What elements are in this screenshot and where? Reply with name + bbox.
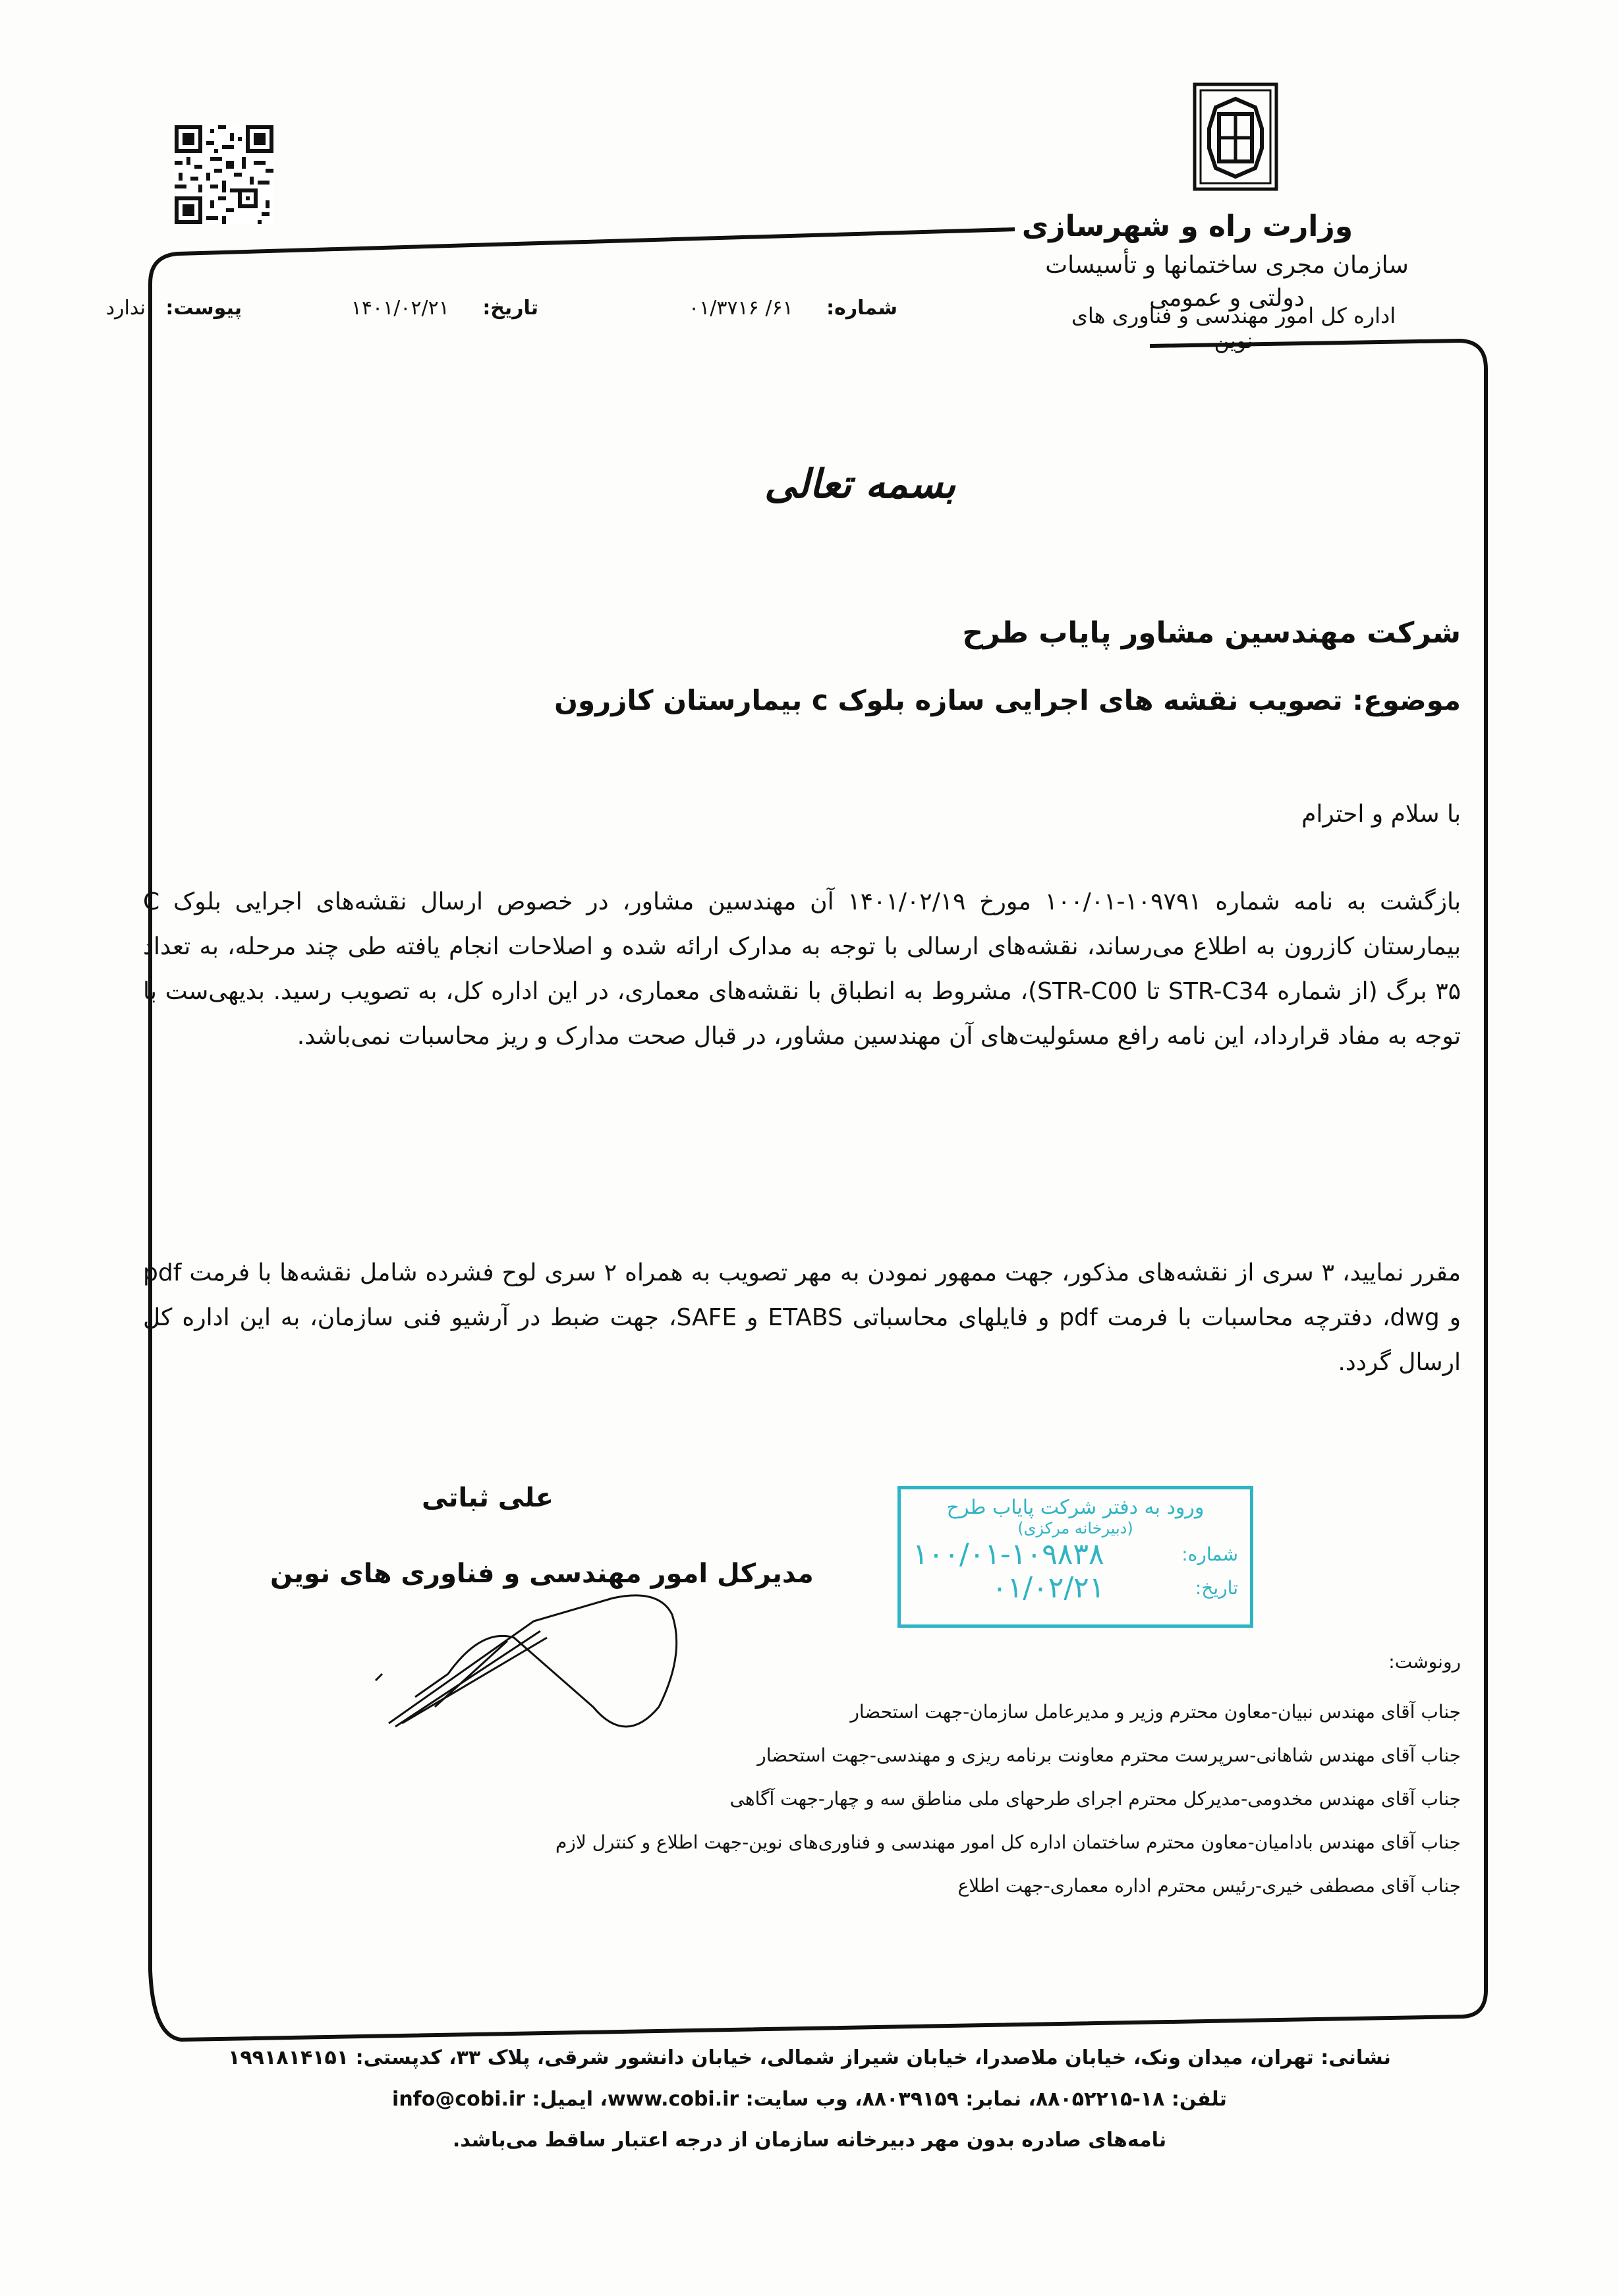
stamp-date-label: تاریخ: [1195, 1577, 1238, 1599]
cc-title: رونوشت: [1388, 1651, 1461, 1673]
cc-item: جناب آقای مهندس بادامیان-معاون محترم ساخ… [555, 1821, 1461, 1864]
ministry-emblem-icon [1193, 82, 1278, 191]
department-name: اداره کل امور مهندسی و فناوری های نوین [1049, 303, 1418, 353]
letter-date-label: تاریخ: [482, 297, 538, 320]
letter-attachment-value: ندارد [106, 297, 146, 320]
stamp-date-value: ۰۱/۰۲/۲۱ [992, 1571, 1104, 1605]
body-paragraph-1: بازگشت به نامه شماره ۱۰۹۷۹۱-۱۰۰/۰۱ مورخ … [143, 880, 1461, 1059]
cc-item: جناب آقای مصطفی خیری-رئیس محترم اداره مع… [555, 1864, 1461, 1908]
footer-contact: تلفن: ۱۸-۸۸۰۵۲۲۱۵، نمابر: ۸۸۰۳۹۱۵۹، وب س… [0, 2088, 1619, 2111]
letter-date: تاریخ: ۱۴۰۱/۰۲/۲۱ [351, 297, 538, 320]
subject: موضوع: تصویب نقشه های اجرایی سازه بلوک c… [554, 684, 1461, 716]
stamp-header: ورود به دفتر شرکت پایاب طرح [901, 1496, 1250, 1519]
signer-name: علی ثباتی [422, 1483, 554, 1513]
cc-item: جناب آقای مهندس نبیان-معاون محترم وزیر و… [555, 1690, 1461, 1734]
greeting: با سلام و احترام [1301, 801, 1461, 828]
cc-item: جناب آقای مهندس مخدومی-مدیرکل محترم اجرا… [555, 1777, 1461, 1821]
letter-attachment: پیوست: ندارد [106, 297, 242, 320]
letter-number-value: ۶۱/ ۰۱/۳۷۱۶ [689, 297, 793, 320]
cc-list: جناب آقای مهندس نبیان-معاون محترم وزیر و… [555, 1690, 1461, 1908]
recipient: شرکت مهندسین مشاور پایاب طرح [962, 616, 1461, 650]
received-stamp: ورود به دفتر شرکت پایاب طرح (دبیرخانه مر… [897, 1486, 1253, 1628]
footer-address: نشانی: تهران، میدان ونک، خیابان ملاصدرا،… [0, 2046, 1619, 2069]
stamp-subheader: (دبیرخانه مرکزی) [901, 1519, 1250, 1537]
qr-code-icon [175, 125, 273, 224]
letter-number-label: شماره: [826, 297, 897, 320]
body-paragraph-2: مقرر نمایید، ۳ سری از نقشه‌های مذکور، جه… [143, 1251, 1461, 1385]
stamp-number-value: ۱۰۰/۰۱-۱۰۹۸۳۸ [913, 1537, 1104, 1571]
footer-notice: نامه‌های صادره بدون مهر دبیرخانه سازمان … [0, 2129, 1619, 2152]
letter-attachment-label: پیوست: [165, 297, 242, 320]
basmala: بسمه تعالی [764, 461, 955, 507]
cc-item: جناب آقای مهندس شاهانی-سرپرست محترم معاو… [555, 1734, 1461, 1777]
letter-date-value: ۱۴۰۱/۰۲/۲۱ [351, 297, 449, 320]
letter-number: شماره: ۶۱/ ۰۱/۳۷۱۶ [689, 297, 897, 320]
ministry-name: وزارت راه و شهرسازی [1016, 210, 1359, 243]
stamp-number-label: شماره: [1181, 1543, 1238, 1565]
